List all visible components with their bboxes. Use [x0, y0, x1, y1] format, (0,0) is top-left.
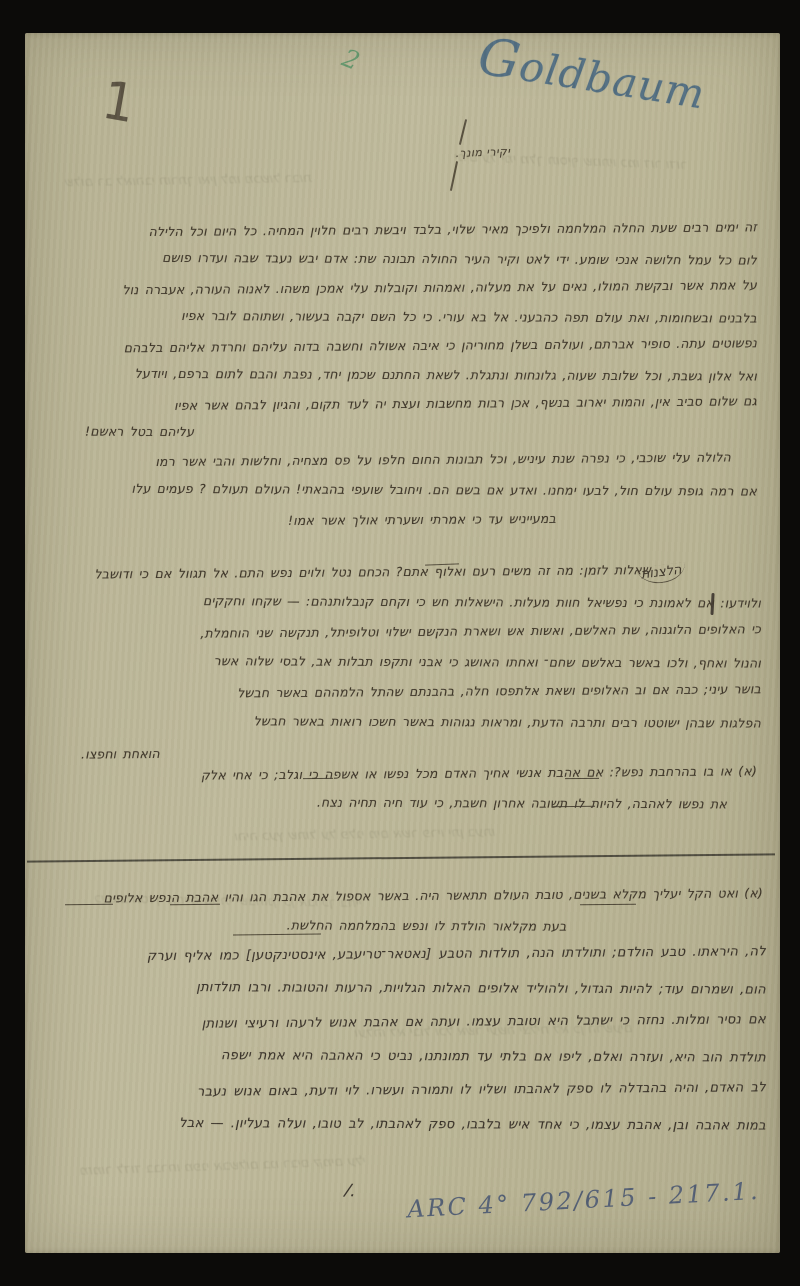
handwritten-line: גם שלום סביב אין, והמות יארוב בנשף, אכן …	[57, 386, 757, 420]
ink-flourish-stroke	[450, 161, 458, 191]
signature-goldbaum: Goldbaum	[474, 26, 799, 135]
handwritten-line: את נפשו לאהבה, להיות לו תשובה אחרון חשבת…	[57, 786, 757, 818]
handwritten-line: תולדת הוב היא, ועזרה ואלם, ליפו אם בלתי …	[51, 1038, 766, 1075]
paragraph-3: שאלות לזמן: מה זה משים רעם ואלוף אתם? הכ…	[53, 557, 761, 767]
letter-sheet: שלום רב לאוהבי תורתך ואין למו מכשול רבות…	[25, 33, 780, 1253]
handwritten-line: (א) ואט הקל יעליך מקלא בשנים, טובת העולם…	[55, 878, 763, 914]
handwritten-line: הום, ושמרום עוד; להיות הגדול, ולהוליד אל…	[51, 970, 766, 1007]
bleed-through-text: מזמור לדוד בברחו מפני אבשלום בנו רבים קמ…	[80, 1152, 410, 1179]
handwritten-line: אם רמה גופת עולם חול, לבעו ימחנו. ואדע א…	[57, 473, 757, 506]
handwritten-line: (א) או בו בהרחבת נפש?: אם אהבת אנשי אחיך…	[57, 756, 757, 790]
handwritten-line: זה ימים רבים שעת החלה המלחמה ולפיכך מאיר…	[57, 212, 757, 246]
pencil-page-number: 1	[98, 69, 140, 134]
separator-ink-rule	[27, 853, 775, 862]
scan-background: { "annotations": { "page_number_pencil":…	[0, 0, 800, 1286]
paragraph-2: הלולה עלי שוכבי, כי נפרה שנת עיניש, וכל …	[57, 445, 757, 535]
archive-reference-number: ARC 4° 792/615 - 217.1.	[407, 1175, 800, 1224]
handwritten-line: לום כל עמל חלושה אנכי שומע. ידי לאט וקיר…	[57, 242, 757, 274]
handwritten-line: הפלגות שבהן ישוטטו רבים ותרבה הדעת, ומרא…	[53, 705, 761, 738]
bleed-through-text: שלום רב לאוהבי תורתך ואין למו מכשול רבות…	[65, 171, 315, 190]
handwritten-line: כי האלופים הלוגנוה, שת האלשם, ואשות אש ו…	[53, 614, 761, 650]
page-turn-mark: /.	[344, 1180, 358, 1201]
paragraph-6: לה, היראתו. טבע הולדם; ותולדתו הנה, תולד…	[51, 938, 766, 1142]
handwritten-line: על אמת אשר ובקשת המולו, נאים על את מעלוה…	[57, 270, 757, 304]
handwritten-line: שאלות לזמן: מה זה משים רעם ואלוף אתם? הכ…	[53, 554, 761, 590]
ink-flourish-stroke	[459, 119, 467, 145]
paragraph-4: (א) או בו בהרחבת נפש?: אם אהבת אנשי אחיך…	[57, 759, 757, 817]
handwritten-line: בושר עיני; כבה אם וב האלופים ושאת אלתפסו…	[53, 674, 761, 710]
green-page-number: 2	[338, 43, 364, 76]
handwritten-line: הלולה עלי שוכבי, כי נפרה שנת עיניש, וכל …	[57, 442, 757, 477]
paragraph-5: (א) ואט הקל יעליך מקלא בשנים, טובת העולם…	[55, 881, 763, 941]
bleed-through-text: והיה כעץ שתול על פלגי מים אשר פריו יתן ב…	[235, 821, 735, 845]
handwritten-line: בלבנים ובשחומות, ואת עולם תפה כהבעני. אל…	[57, 300, 757, 332]
handwritten-line: לב האדם, והיה בהבדלה לו ספק לאהבתו ושליו…	[51, 1071, 766, 1111]
handwritten-line: אם נסיר ומלות. נחזה כי ישתבל היא וטובת ע…	[51, 1003, 766, 1043]
handwritten-line: והנול ואחף, ולכו באשר באלשם שחם־ ואחתו ה…	[53, 645, 761, 678]
handwritten-line: נפשוטים עתה. סופיר אברתם, ועולהם בשלן מח…	[57, 328, 757, 362]
handwritten-line: במעייניש עד כי אמרתי ושערתי אולך אשר אמו…	[57, 502, 757, 537]
handwritten-line: ולוידעו: אם לאמונת כי נפשיאל חוות מעלות.…	[53, 585, 761, 618]
paragraph-1: זה ימים רבים שעת החלה המלחמה ולפיכך מאיר…	[57, 215, 757, 447]
handwritten-line: ואל אלון גשבת, וכל שלובת שעוה, גלונחות ו…	[57, 358, 757, 390]
handwritten-line: במות אהבה ובן, אהבת עצמו, כי אחד איש בלב…	[51, 1106, 766, 1143]
handwritten-line: לה, היראתו. טבע הולדם; ותולדתו הנה, תולד…	[51, 935, 766, 975]
